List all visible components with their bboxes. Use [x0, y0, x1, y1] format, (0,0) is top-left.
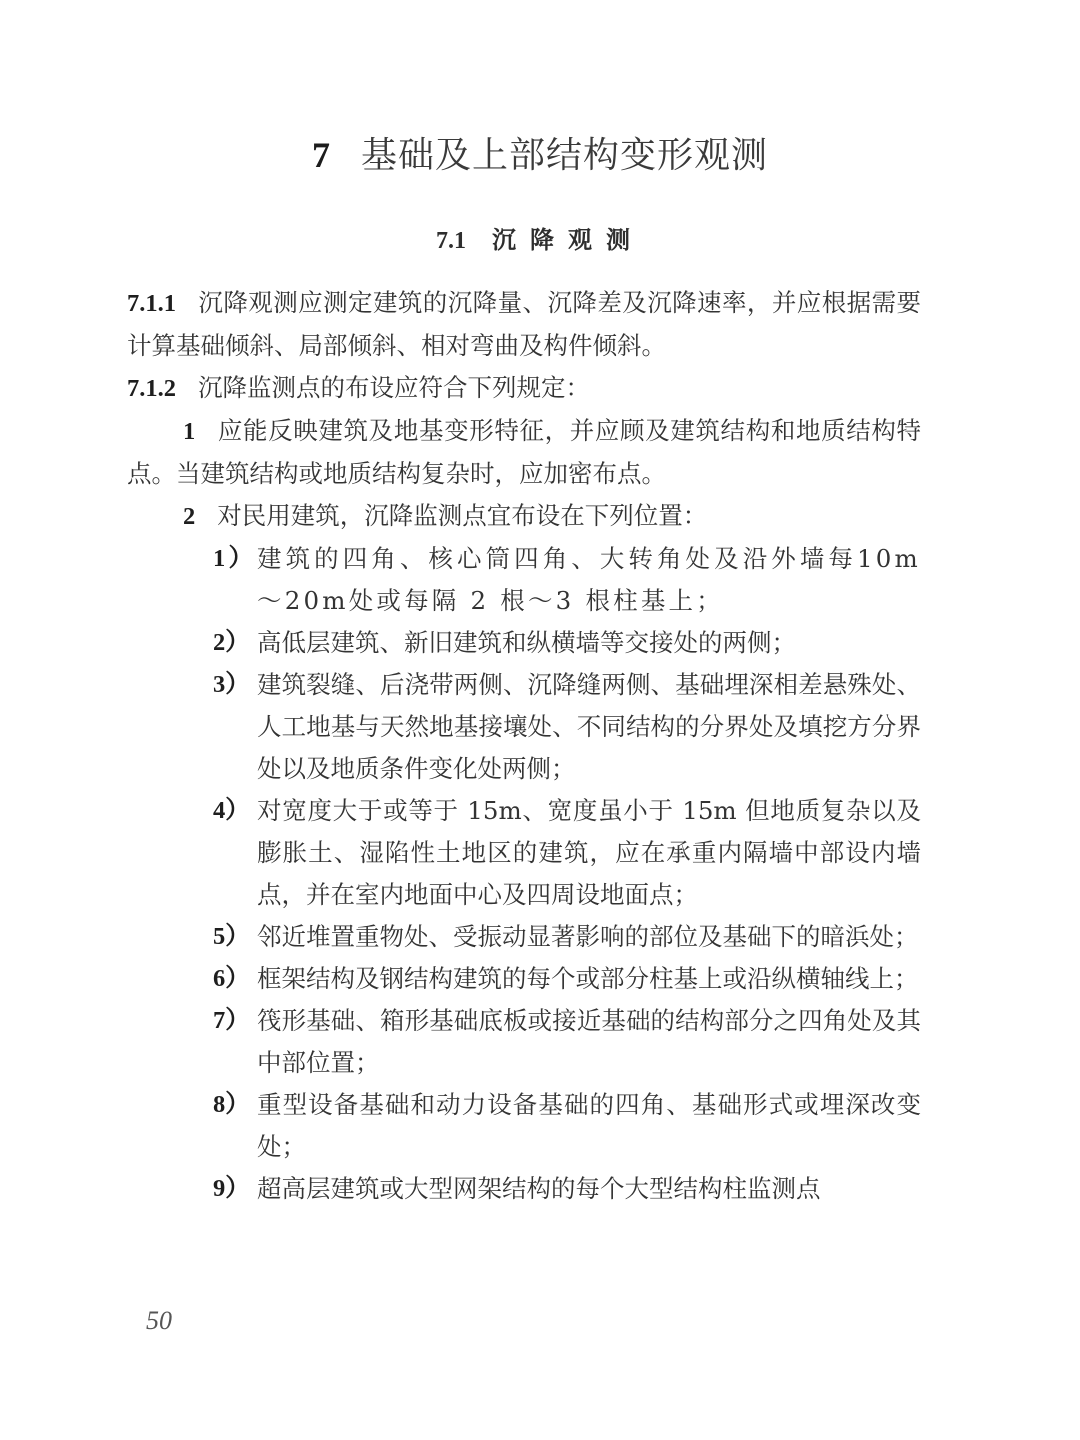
clause-text: 沉降观测应测定建筑的沉降量、沉降差及沉降速率，并应根据需要计算基础倾斜、局部倾斜…	[127, 288, 921, 360]
section-heading: 7.1沉降观测	[0, 220, 1080, 261]
sub-item-6: 6）框架结构及钢结构建筑的每个或部分柱基上或沿纵横轴线上；	[127, 958, 921, 1000]
sub-item-number: 6）	[213, 958, 250, 1000]
sub-item-number: 2）	[213, 622, 250, 664]
list-item-1: 1应能反映建筑及地基变形特征，并应顾及建筑结构和地质结构特点。当建筑结构或地质结…	[127, 410, 921, 495]
sub-item-4: 4）对宽度大于或等于 15m、宽度虽小于 15m 但地质复杂以及膨胀土、湿陷性土…	[127, 790, 921, 916]
sub-item-text: 超高层建筑或大型网架结构的每个大型结构柱监测点	[257, 1174, 821, 1203]
item-number: 2	[183, 503, 195, 530]
sub-item-text: 建筑裂缝、后浇带两侧、沉降缝两侧、基础埋深相差悬殊处、人工地基与天然地基接壤处、…	[257, 670, 921, 783]
clause-7-1-1: 7.1.1沉降观测应测定建筑的沉降量、沉降差及沉降速率，并应根据需要计算基础倾斜…	[127, 282, 921, 367]
section-number: 7.1	[436, 228, 466, 254]
sub-item-number: 8）	[213, 1084, 250, 1126]
sub-item-number: 1）	[213, 538, 256, 580]
sub-item-5: 5）邻近堆置重物处、受振动显著影响的部位及基础下的暗浜处；	[127, 916, 921, 958]
clause-7-1-2: 7.1.2沉降监测点的布设应符合下列规定：	[127, 367, 921, 410]
chapter-heading: 7基础及上部结构变形观测	[0, 128, 1080, 183]
item-text: 应能反映建筑及地基变形特征，并应顾及建筑结构和地质结构特点。当建筑结构或地质结构…	[127, 416, 921, 488]
sub-item-7: 7）筏形基础、箱形基础底板或接近基础的结构部分之四角处及其中部位置；	[127, 1000, 921, 1084]
sub-item-text: 邻近堆置重物处、受振动显著影响的部位及基础下的暗浜处；	[257, 922, 919, 951]
page-number: 50	[146, 1306, 172, 1336]
sub-item-3: 3）建筑裂缝、后浇带两侧、沉降缝两侧、基础埋深相差悬殊处、人工地基与天然地基接壤…	[127, 664, 921, 790]
list-item-2: 2对民用建筑，沉降监测点宜布设在下列位置：	[127, 495, 921, 538]
clause-number: 7.1.2	[127, 375, 176, 402]
sub-item-text: 建筑的四角、核心筒四角、大转角处及沿外墙每10m～20m处或每隔 2 根～3 根…	[257, 544, 921, 615]
sub-item-number: 5）	[213, 916, 250, 958]
body-text: 7.1.1沉降观测应测定建筑的沉降量、沉降差及沉降速率，并应根据需要计算基础倾斜…	[127, 282, 921, 1210]
item-text: 对民用建筑，沉降监测点宜布设在下列位置：	[217, 501, 707, 530]
clause-text: 沉降监测点的布设应符合下列规定：	[198, 373, 590, 402]
sub-item-text: 重型设备基础和动力设备基础的四角、基础形式或埋深改变处；	[257, 1090, 921, 1161]
sub-item-8: 8）重型设备基础和动力设备基础的四角、基础形式或埋深改变处；	[127, 1084, 921, 1168]
chapter-title: 基础及上部结构变形观测	[361, 135, 768, 176]
sub-item-text: 框架结构及钢结构建筑的每个或部分柱基上或沿纵横轴线上；	[257, 964, 919, 993]
sub-item-number: 3）	[213, 664, 250, 706]
document-page: 7基础及上部结构变形观测 7.1沉降观测 7.1.1沉降观测应测定建筑的沉降量、…	[0, 0, 1080, 1440]
sub-item-2: 2）高低层建筑、新旧建筑和纵横墙等交接处的两侧；	[127, 622, 921, 664]
chapter-number: 7	[312, 135, 331, 175]
section-title: 沉降观测	[492, 225, 644, 254]
sub-item-text: 筏形基础、箱形基础底板或接近基础的结构部分之四角处及其中部位置；	[257, 1006, 921, 1077]
sub-item-number: 7）	[213, 1000, 250, 1042]
sub-item-text: 对宽度大于或等于 15m、宽度虽小于 15m 但地质复杂以及膨胀土、湿陷性土地区…	[257, 796, 921, 909]
sub-item-number: 9）	[213, 1168, 250, 1210]
clause-number: 7.1.1	[127, 290, 176, 317]
sub-item-number: 4）	[213, 790, 250, 832]
sub-item-9: 9）超高层建筑或大型网架结构的每个大型结构柱监测点	[127, 1168, 921, 1210]
item-number: 1	[183, 418, 195, 445]
sub-item-text: 高低层建筑、新旧建筑和纵横墙等交接处的两侧；	[257, 628, 796, 657]
sub-item-1: 1）建筑的四角、核心筒四角、大转角处及沿外墙每10m～20m处或每隔 2 根～3…	[127, 538, 921, 622]
